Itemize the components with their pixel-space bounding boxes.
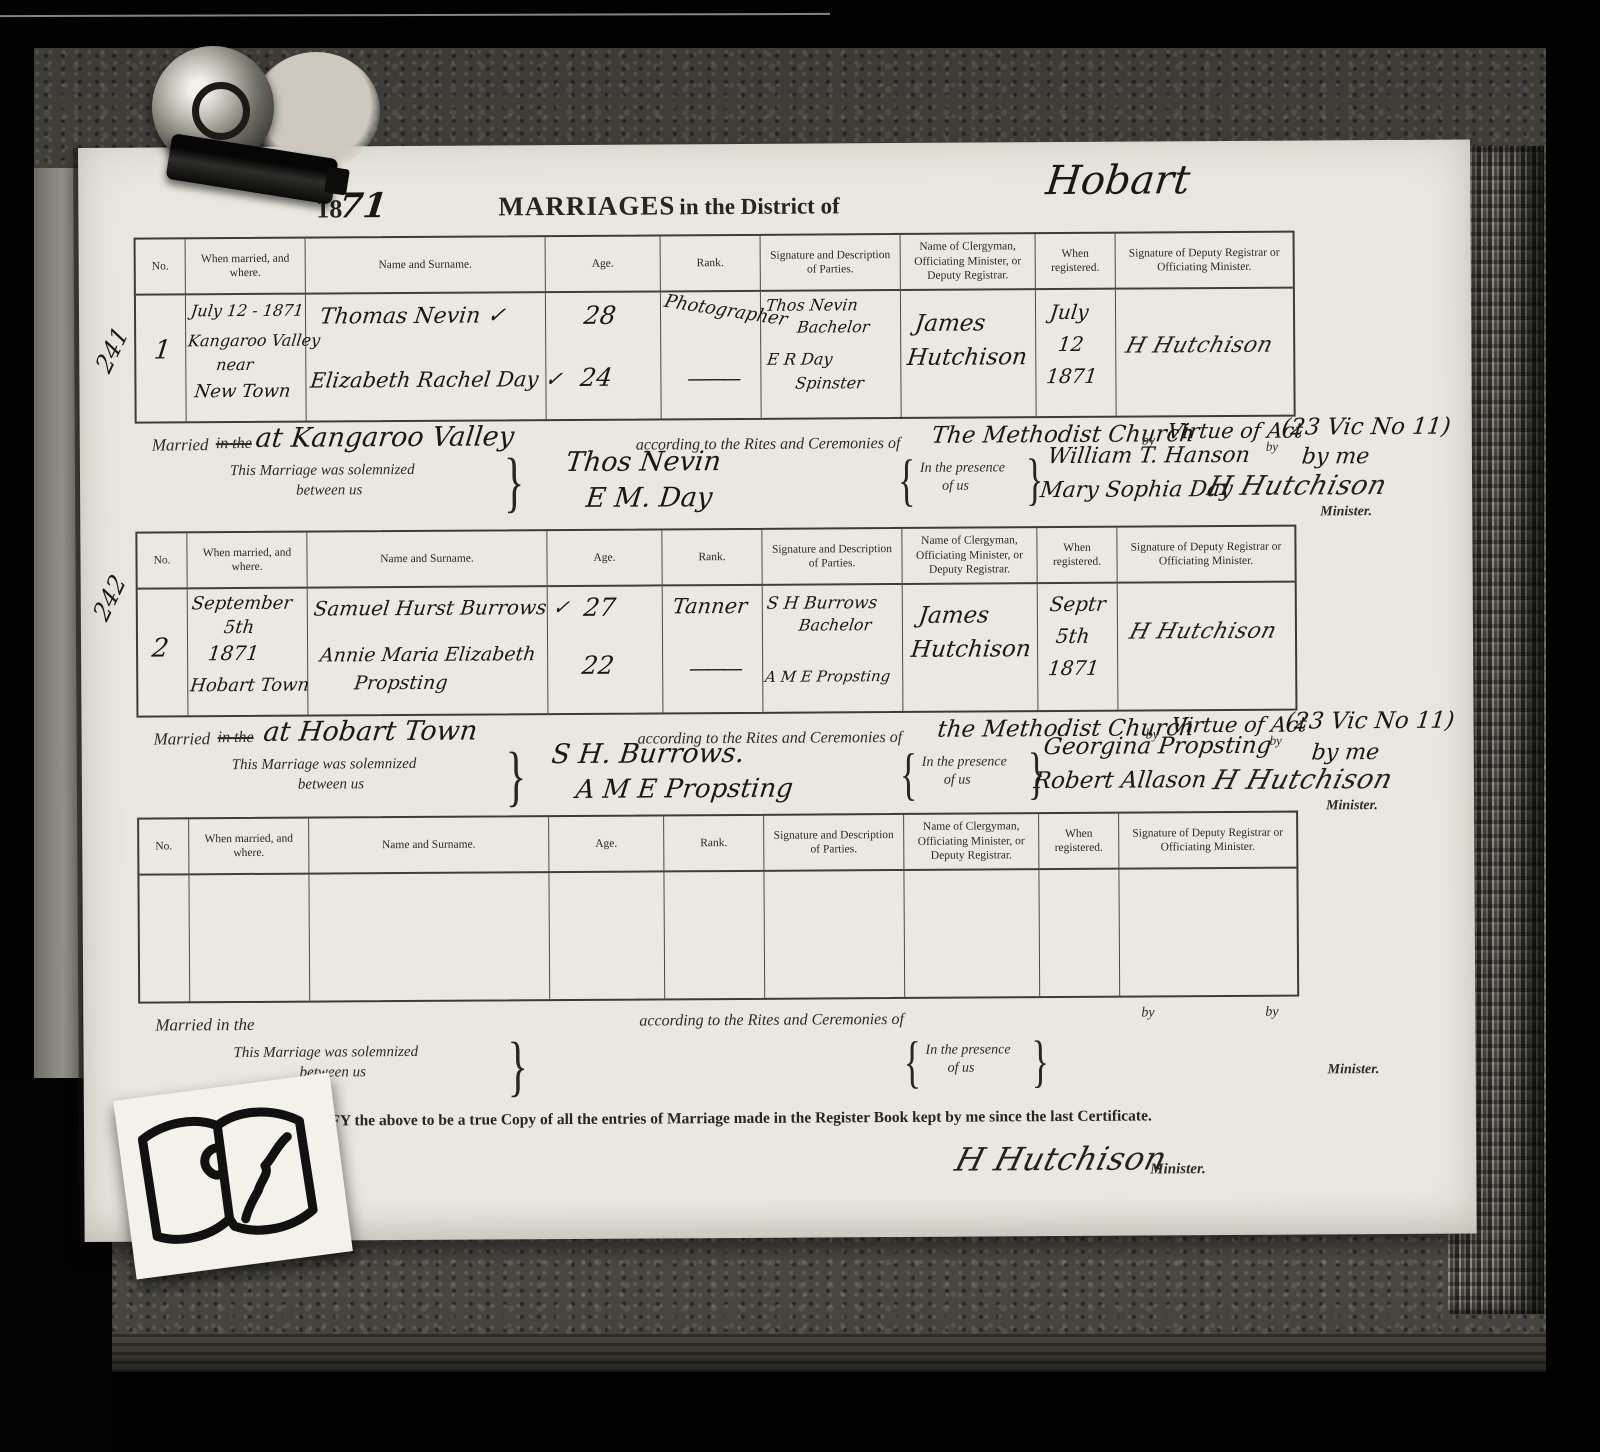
- married-label: Married: [152, 435, 209, 455]
- by-label: by: [1141, 1005, 1154, 1021]
- bride-name: Propsting: [353, 672, 449, 695]
- when-line: Kangaroo Valley: [187, 331, 321, 351]
- solemnized-label: This Marriage was solemnized: [233, 1044, 418, 1062]
- party-signature: A M E Propsting: [764, 667, 891, 686]
- solemnization-section-1: Married in the at Kangaroo Valley accord…: [80, 417, 1473, 526]
- column-header-clergyman: Name of Clergyman, Officiating Minister,…: [904, 814, 1039, 871]
- cell-party-signatures: Thos Nevin Bachelor E R Day Spinster: [761, 291, 902, 418]
- groom-rank: Tanner: [671, 594, 748, 618]
- column-header-when-married: When married, and where.: [186, 239, 306, 296]
- when-line: 1871: [207, 641, 261, 665]
- register-page: 1871 MARRIAGES in the District of Hobart…: [78, 139, 1477, 1241]
- photographed-marriage-register: 1871 MARRIAGES in the District of Hobart…: [0, 0, 1600, 1452]
- when-line: New Town: [193, 381, 291, 403]
- entry-number: 2: [150, 633, 170, 663]
- blank-cell: [189, 875, 310, 1002]
- minister-signature: H Hutchison: [1210, 764, 1396, 796]
- registered-line: 1871: [1047, 656, 1101, 680]
- registered-line: 12: [1057, 332, 1085, 356]
- party-status: Bachelor: [796, 317, 871, 336]
- brace: }: [506, 739, 527, 816]
- cell-ranks: Tanner ———: [663, 586, 764, 713]
- cell-when-registered: Septr 5th 1871: [1038, 584, 1119, 710]
- column-header-rank: Rank.: [661, 236, 761, 293]
- minister-label: Minister.: [1326, 798, 1378, 814]
- entry-number: 1: [152, 335, 172, 365]
- blank-cell: [139, 875, 190, 1001]
- brace: {: [903, 1028, 921, 1095]
- party-signature: S H Burrows: [766, 593, 879, 614]
- column-header-registrar-signature: Signature of Deputy Registrar or Officia…: [1117, 527, 1294, 584]
- registrar-signature: H Hutchison: [1123, 333, 1276, 359]
- when-line: September: [191, 593, 294, 615]
- groom-name: Samuel Hurst Burrows ✓: [312, 595, 571, 621]
- column-header-rank: Rank.: [664, 816, 764, 873]
- cell-registrar-signature: H Hutchison: [1118, 583, 1296, 710]
- column-header-when-married: When married, and where.: [187, 533, 307, 590]
- blank-cell: [664, 872, 765, 999]
- struck-in-the: in the: [218, 729, 254, 747]
- column-header-rank: Rank.: [662, 530, 762, 587]
- cell-when-registered: July 12 1871: [1036, 290, 1117, 416]
- between-label: between us: [296, 482, 362, 499]
- presence-label: of us: [944, 773, 971, 789]
- column-header-no: No.: [139, 819, 189, 875]
- bride-solemnized-signature: A M E Propsting: [574, 774, 794, 805]
- presence-label: of us: [942, 479, 969, 495]
- column-header-when-registered: When registered.: [1037, 528, 1117, 584]
- registered-line: Septr: [1048, 592, 1107, 616]
- groom-solemnized-signature: S H. Burrows.: [550, 738, 746, 770]
- marriage-table-3: No. When married, and where. Name and Su…: [137, 811, 1299, 1004]
- column-header-registrar-signature: Signature of Deputy Registrar or Officia…: [1116, 233, 1293, 290]
- cell-when-married: July 12 - 1871 Kangaroo Valley near New …: [186, 295, 307, 422]
- certificate-statement: CERTIFY the above to be a true Copy of a…: [282, 1106, 1412, 1131]
- column-header-name-surname: Name and Surname.: [306, 237, 546, 294]
- brace: }: [1031, 1027, 1049, 1094]
- groom-solemnized-signature: Thos Nevin: [564, 446, 723, 478]
- cell-entry-number: 1: [136, 295, 187, 421]
- when-line: 5th: [223, 617, 256, 638]
- bride-rank: ———: [688, 656, 742, 680]
- clergyman-name: James: [914, 310, 987, 336]
- witness-signature: William T. Hanson: [1046, 443, 1251, 469]
- married-label: Married: [154, 729, 211, 749]
- page-title: MARRIAGES in the District of: [498, 189, 840, 222]
- column-header-age: Age.: [546, 236, 661, 293]
- column-header-registrar-signature: Signature of Deputy Registrar or Officia…: [1119, 813, 1296, 870]
- presence-label: In the presence: [920, 460, 1005, 477]
- cell-clergyman: James Hutchison: [903, 584, 1039, 711]
- blank-cell: [309, 873, 550, 1000]
- place-handwritten: at Hobart Town: [262, 716, 479, 748]
- minister-label: Minister.: [1328, 1062, 1380, 1078]
- column-header-signature-parties: Signature and Description of Parties.: [764, 815, 904, 872]
- column-header-when-registered: When registered.: [1036, 234, 1116, 290]
- registered-line: 5th: [1055, 624, 1091, 648]
- blank-cell: [1039, 870, 1120, 996]
- struck-in-the: in the: [216, 435, 252, 453]
- margin-folio-number: 242: [88, 570, 132, 627]
- cell-names: Samuel Hurst Burrows ✓ Annie Maria Eliza…: [308, 587, 549, 714]
- column-header-name-surname: Name and Surname.: [307, 531, 547, 588]
- by-me-handwritten: by me: [1300, 444, 1370, 469]
- open-book-tasmania-logo: [113, 1073, 353, 1280]
- solemnization-section-2: Married in the at Hobart Town according …: [81, 711, 1474, 820]
- registered-line: 1871: [1045, 364, 1099, 388]
- groom-age: 28: [582, 301, 617, 330]
- blank-cell: [764, 871, 905, 998]
- bride-name: Elizabeth Rachel Day ✓: [309, 367, 564, 393]
- clip-clamp-nub-icon: [324, 166, 350, 195]
- bride-age: 22: [580, 651, 615, 680]
- column-header-age: Age.: [549, 816, 664, 873]
- place-handwritten: at Kangaroo Valley: [254, 421, 516, 454]
- minister-label: Minister.: [1150, 1161, 1206, 1178]
- groom-age: 27: [582, 593, 617, 622]
- registrar-signature: H Hutchison: [1127, 619, 1280, 645]
- groom-name: Thomas Nevin ✓: [319, 303, 508, 329]
- brace: }: [504, 445, 525, 522]
- witness-signature: Robert Allason: [1032, 767, 1208, 794]
- clergyman-name: James: [917, 602, 990, 628]
- bride-solemnized-signature: E M. Day: [584, 482, 714, 514]
- solemnized-label: This Marriage was solemnized: [232, 756, 417, 774]
- cell-ranks: Photographer ———: [661, 292, 762, 419]
- solemnized-label: This Marriage was solemnized: [230, 462, 415, 480]
- when-line: July 12 - 1871: [190, 301, 305, 321]
- bride-name: Annie Maria Elizabeth: [319, 643, 537, 666]
- margin-folio-number: 241: [90, 322, 134, 379]
- by-me-handwritten: by me: [1310, 740, 1380, 765]
- by-label: by: [1266, 439, 1278, 455]
- blank-cell: [904, 870, 1040, 997]
- clergyman-name: Hutchison: [906, 344, 1029, 371]
- between-label: between us: [298, 776, 364, 793]
- when-line: near: [215, 355, 254, 374]
- cell-party-signatures: S H Burrows Bachelor A M E Propsting: [763, 585, 904, 712]
- minister-signature: H Hutchison: [1204, 470, 1390, 502]
- column-header-clergyman: Name of Clergyman, Officiating Minister,…: [902, 528, 1037, 585]
- clip-hole-icon: [192, 82, 250, 140]
- blank-cell: [1119, 869, 1297, 996]
- bride-age: 24: [579, 363, 614, 392]
- married-label: Married in the: [155, 1015, 254, 1036]
- marriage-table-2: No. When married, and where. Name and Su…: [135, 525, 1297, 718]
- cell-clergyman: James Hutchison: [901, 290, 1037, 417]
- party-status: Bachelor: [798, 615, 873, 634]
- column-header-when-registered: When registered.: [1039, 814, 1119, 870]
- page-title-caps: MARRIAGES: [498, 190, 675, 221]
- rites-label: according to the Rites and Ceremonies of: [639, 1011, 904, 1031]
- certificate-minister-signature: H Hutchison: [951, 1139, 1171, 1178]
- cell-names: Thomas Nevin ✓ Elizabeth Rachel Day ✓: [306, 293, 547, 420]
- cell-entry-number: 2: [138, 589, 189, 715]
- column-header-no: No.: [137, 533, 187, 589]
- cell-registrar-signature: H Hutchison: [1116, 289, 1294, 416]
- page-title-rest: in the District of: [679, 193, 839, 219]
- brace: {: [898, 446, 916, 513]
- party-signature: Thos Nevin: [765, 295, 859, 315]
- column-header-name-surname: Name and Surname.: [309, 817, 549, 874]
- act-handwritten: (23 Vic No 11): [1280, 414, 1452, 441]
- minister-label: Minister.: [1320, 504, 1372, 520]
- column-header-age: Age.: [547, 530, 662, 587]
- presence-label: of us: [948, 1061, 975, 1077]
- when-line: Hobart Town: [189, 675, 310, 697]
- presence-label: In the presence: [922, 754, 1007, 771]
- cell-ages: 27 22: [548, 586, 664, 713]
- party-signature: E R Day: [766, 349, 834, 368]
- presence-label: In the presence: [925, 1042, 1010, 1059]
- cell-ages: 28 24: [546, 292, 662, 419]
- registered-line: July: [1049, 300, 1090, 324]
- film-scratch-line: [0, 13, 830, 17]
- brace: }: [507, 1029, 528, 1106]
- archives-logo-card: [113, 1073, 353, 1280]
- act-handwritten: (23 Vic No 11): [1284, 708, 1456, 735]
- clergyman-name: Hutchison: [910, 636, 1033, 663]
- blank-cell: [549, 872, 665, 999]
- column-header-signature-parties: Signature and Description of Parties.: [761, 235, 901, 292]
- by-label: by: [1265, 1005, 1278, 1021]
- column-header-no: No.: [136, 239, 186, 295]
- wooden-ledge: [106, 1334, 1546, 1372]
- bride-rank: ———: [686, 366, 740, 390]
- party-status: Spinster: [794, 373, 865, 392]
- marriage-table-1: No. When married, and where. Name and Su…: [134, 231, 1296, 424]
- column-header-clergyman: Name of Clergyman, Officiating Minister,…: [901, 234, 1036, 291]
- cell-when-married: September 5th 1871 Hobart Town: [188, 589, 309, 716]
- witness-signature: Georgina Propsting: [1042, 733, 1273, 760]
- column-header-when-married: When married, and where.: [189, 819, 309, 876]
- column-header-signature-parties: Signature and Description of Parties.: [762, 529, 902, 586]
- district-handwritten: Hobart: [1044, 157, 1193, 204]
- brace: {: [900, 740, 918, 807]
